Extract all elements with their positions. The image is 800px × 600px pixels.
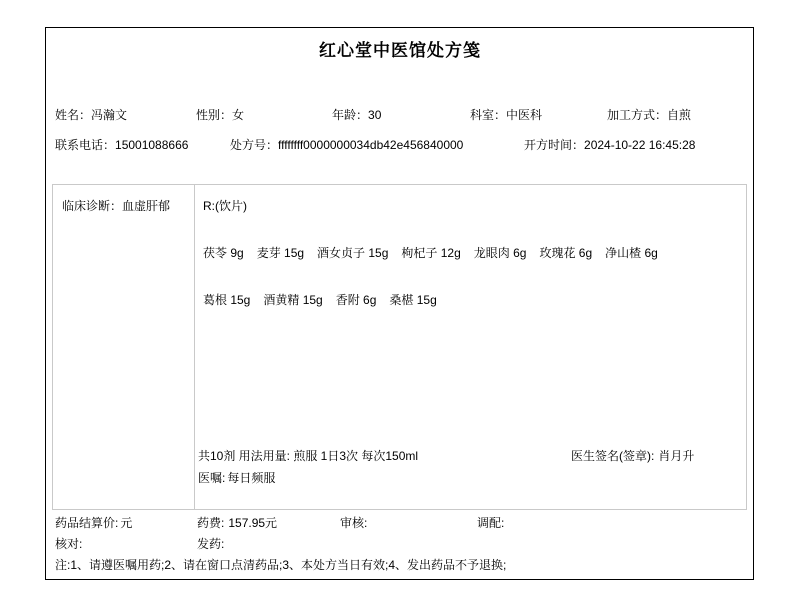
herb-item: 麦芽 15g bbox=[257, 245, 304, 261]
herb-item: 玫瑰花 6g bbox=[539, 245, 592, 261]
diagnosis-value: 血虚肝郁 bbox=[122, 199, 170, 213]
gender-label: 性别： bbox=[196, 108, 232, 122]
herb-item: 龙眼肉 6g bbox=[474, 245, 527, 261]
field-review: 审核: bbox=[340, 515, 371, 531]
herb-item: 酒黄精 15g bbox=[263, 292, 322, 308]
rx-number-value: ffffffff0000000034db42e456840000 bbox=[278, 138, 463, 152]
field-diagnosis: 临床诊断：血虚肝郁 bbox=[62, 198, 170, 214]
dispense-label: 调配: bbox=[477, 516, 504, 530]
fee-label: 药费: bbox=[197, 516, 224, 530]
field-processing-method: 加工方式：自煎 bbox=[607, 107, 691, 123]
diagnosis-divider bbox=[194, 185, 195, 509]
phone-value: 15001088666 bbox=[115, 138, 188, 152]
footer-note: 注:1、请遵医嘱用药;2、请在窗口点清药品;3、本处方当日有效;4、发出药品不予… bbox=[55, 557, 506, 573]
field-check: 核对: bbox=[55, 536, 86, 552]
prescription-box: 临床诊断：血虚肝郁 R:(饮片) 茯苓 9g麦芽 15g酒女贞子 15g枸杞子 … bbox=[52, 184, 747, 510]
herb-item: 酒女贞子 15g bbox=[317, 245, 388, 261]
issue-time-label: 开方时间： bbox=[524, 138, 584, 152]
field-phone: 联系电话：15001088666 bbox=[55, 137, 188, 153]
gender-value: 女 bbox=[232, 108, 244, 122]
page-title: 红心堂中医馆处方笺 bbox=[45, 36, 755, 61]
settlement-label: 药品结算价: bbox=[55, 516, 118, 530]
herbs-line-1: 茯苓 9g麦芽 15g酒女贞子 15g枸杞子 12g龙眼肉 6g玫瑰花 6g净山… bbox=[203, 245, 671, 261]
herb-item: 桑椹 15g bbox=[389, 292, 436, 308]
department-label: 科室： bbox=[470, 108, 506, 122]
field-issue-time: 开方时间：2024-10-22 16:45:28 bbox=[524, 137, 695, 153]
settlement-value: 元 bbox=[120, 516, 132, 530]
patient-name-value: 冯瀚文 bbox=[91, 108, 127, 122]
age-value: 30 bbox=[368, 108, 381, 122]
issue-time-value: 2024-10-22 16:45:28 bbox=[584, 138, 695, 152]
field-medicine-fee: 药费:157.95元 bbox=[197, 515, 277, 531]
processing-value: 自煎 bbox=[667, 108, 691, 122]
field-department: 科室：中医科 bbox=[470, 107, 542, 123]
field-age: 年龄：30 bbox=[332, 107, 381, 123]
rx-number-label: 处方号： bbox=[230, 138, 278, 152]
diagnosis-label: 临床诊断： bbox=[62, 199, 122, 213]
field-rx-number: 处方号：ffffffff0000000034db42e456840000 bbox=[230, 137, 463, 153]
patient-name-label: 姓名： bbox=[55, 108, 91, 122]
usage-line: 共10剂 用法用量: 煎服 1日3次 每次150ml bbox=[198, 445, 418, 467]
field-settlement-price: 药品结算价:元 bbox=[55, 515, 132, 531]
fee-value: 157.95元 bbox=[228, 516, 277, 530]
phone-label: 联系电话： bbox=[55, 138, 115, 152]
herb-item: 香附 6g bbox=[336, 292, 377, 308]
field-dispense: 调配: bbox=[477, 515, 508, 531]
herb-item: 枸杞子 12g bbox=[401, 245, 460, 261]
issue-label: 发药: bbox=[197, 537, 224, 551]
doctor-signature-value: 肖月升 bbox=[658, 449, 694, 463]
advice-value: 每日频服 bbox=[227, 471, 275, 485]
check-label: 核对: bbox=[55, 537, 82, 551]
review-label: 审核: bbox=[340, 516, 367, 530]
advice-label: 医嘱: bbox=[198, 471, 225, 485]
doctor-signature-label: 医生签名(签章): bbox=[571, 449, 654, 463]
herb-item: 净山楂 6g bbox=[605, 245, 658, 261]
field-issue-medicine: 发药: bbox=[197, 536, 228, 552]
doctor-advice: 医嘱:每日频服 bbox=[198, 467, 275, 489]
processing-label: 加工方式： bbox=[607, 108, 667, 122]
field-gender: 性别：女 bbox=[196, 107, 244, 123]
herbs-line-2: 葛根 15g酒黄精 15g香附 6g桑椹 15g bbox=[203, 292, 450, 308]
age-label: 年龄： bbox=[332, 108, 368, 122]
doctor-signature: 医生签名(签章):肖月升 bbox=[571, 445, 695, 467]
herb-item: 茯苓 9g bbox=[203, 245, 244, 261]
department-value: 中医科 bbox=[506, 108, 542, 122]
field-patient-name: 姓名：冯瀚文 bbox=[55, 107, 127, 123]
rx-header: R:(饮片) bbox=[203, 198, 247, 214]
herb-item: 葛根 15g bbox=[203, 292, 250, 308]
